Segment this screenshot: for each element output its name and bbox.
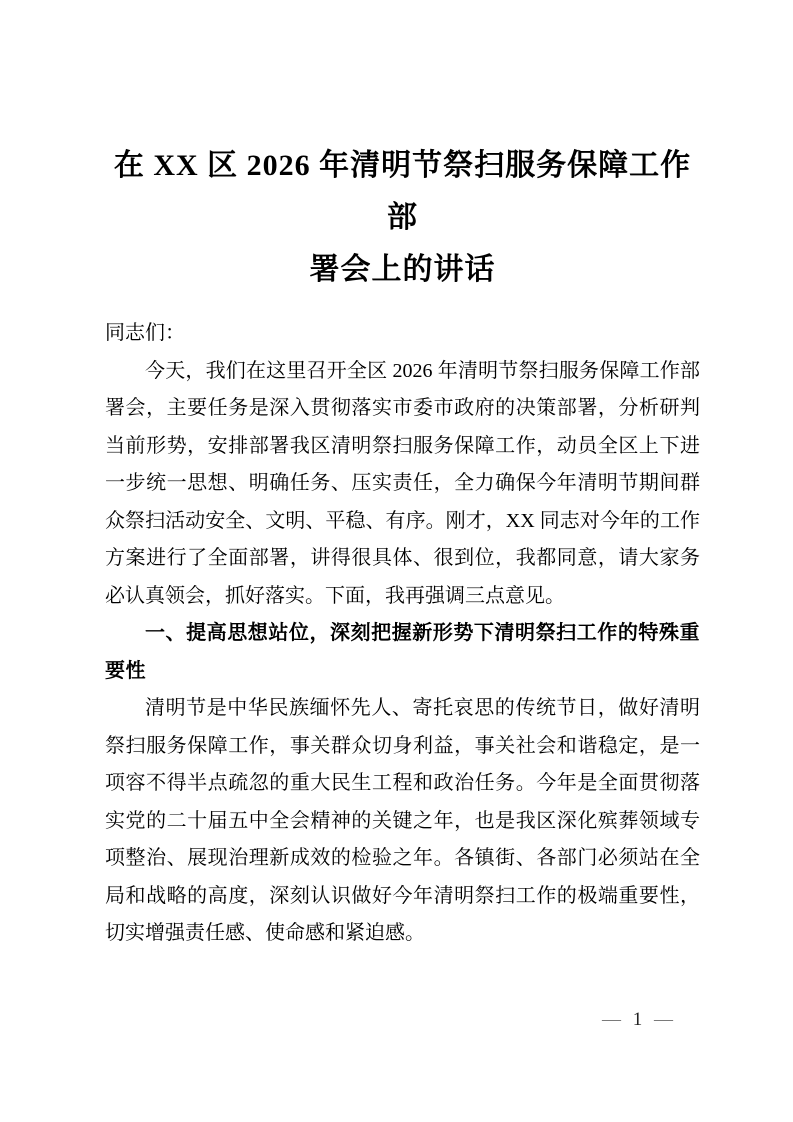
salutation: 同志们： (105, 315, 700, 353)
document-title: 在 XX 区 2026 年清明节祭扫服务保障工作部 署会上的讲话 (105, 140, 700, 296)
section-heading-1: 一、提高思想站位，深刻把握新形势下清明祭扫工作的特殊重要性 (105, 615, 700, 690)
page-footer: — 1 — (602, 1008, 673, 1032)
footer-dash-left: — (602, 1009, 621, 1030)
document-page: 在 XX 区 2026 年清明节祭扫服务保障工作部 署会上的讲话 同志们： 今天… (0, 0, 793, 1122)
title-line-1: 在 XX 区 2026 年清明节祭扫服务保障工作部 (105, 140, 700, 244)
body-paragraph-1: 今天，我们在这里召开全区 2026 年清明节祭扫服务保障工作部署会，主要任务是深… (105, 353, 700, 616)
document-content: 在 XX 区 2026 年清明节祭扫服务保障工作部 署会上的讲话 同志们： 今天… (105, 0, 700, 953)
title-line-2: 署会上的讲话 (105, 244, 700, 296)
footer-dash-right: — (654, 1009, 673, 1030)
body-paragraph-2: 清明节是中华民族缅怀先人、寄托哀思的传统节日，做好清明祭扫服务保障工作，事关群众… (105, 690, 700, 953)
page-number: 1 (633, 1009, 643, 1030)
